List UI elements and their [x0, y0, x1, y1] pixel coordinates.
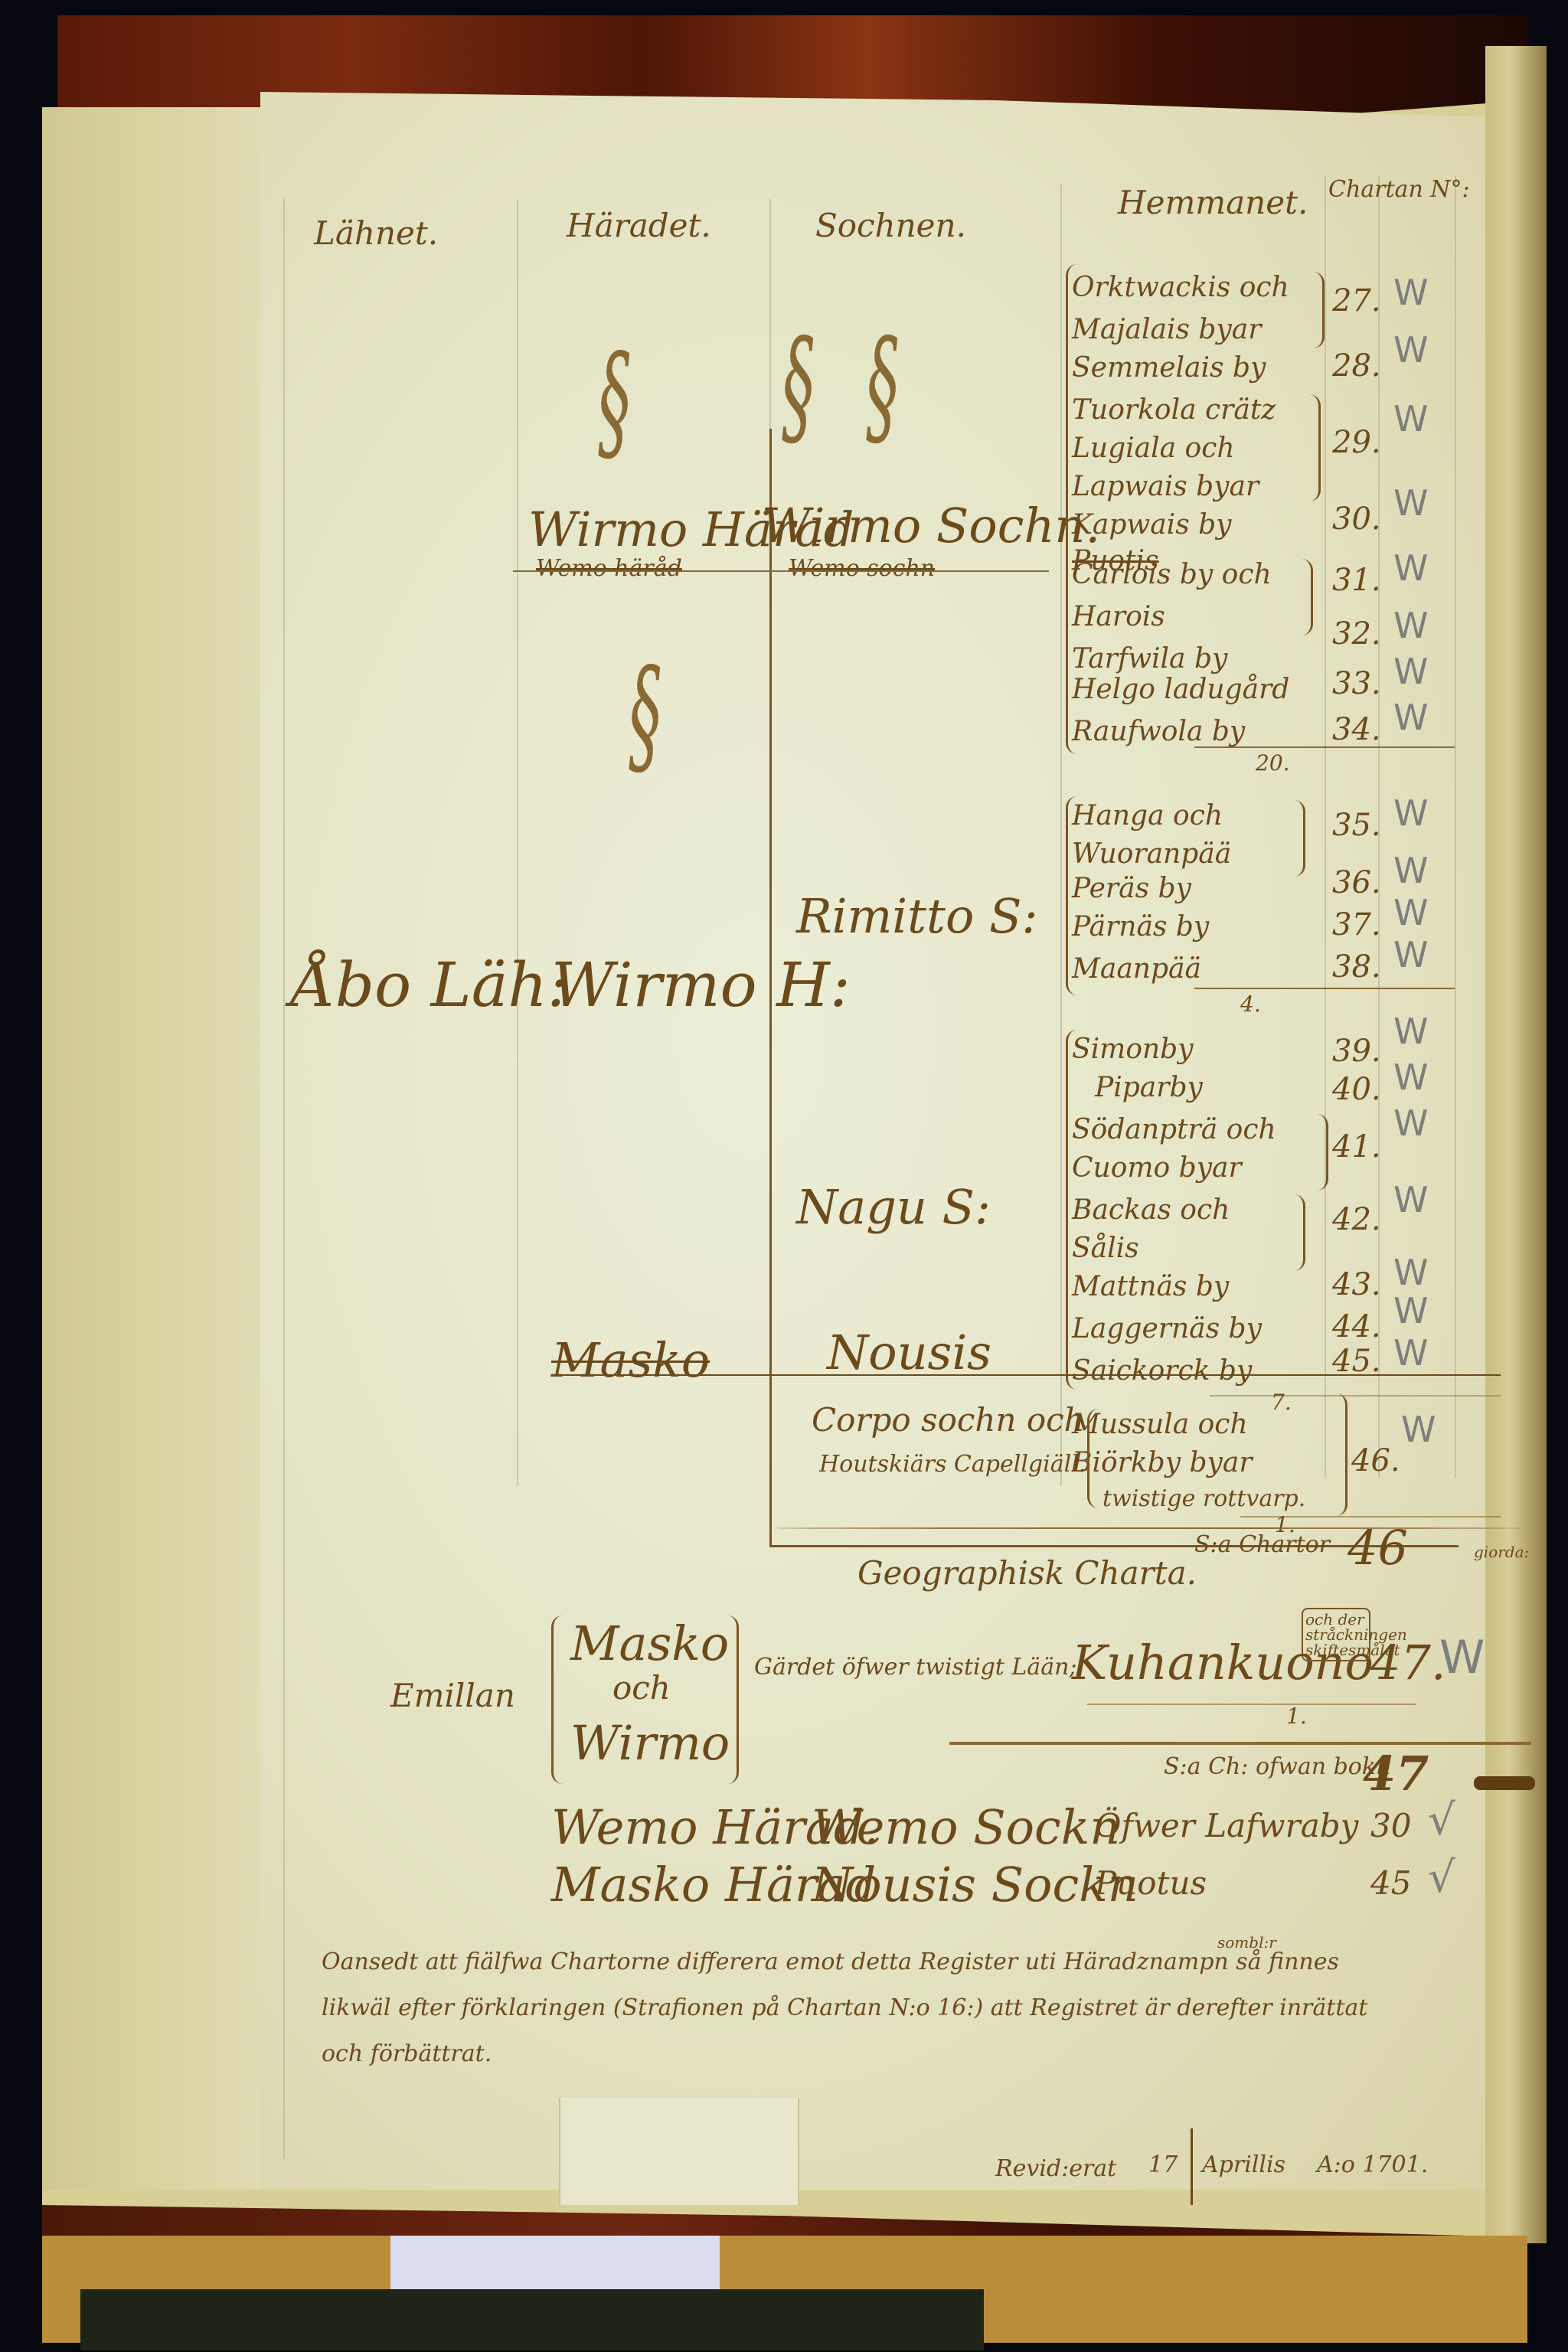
header-lanet: Lähnet.: [314, 214, 438, 252]
check-mark-icon: W: [1393, 1102, 1428, 1144]
entry-line: Tarfwila by: [1072, 643, 1227, 675]
rule-line: [283, 199, 285, 2159]
entry-line: Maanpää: [1072, 953, 1201, 985]
entry-line: Simonby: [1072, 1034, 1194, 1065]
left-margin-paper: [42, 107, 272, 2190]
check-mark-icon: W: [1393, 547, 1428, 589]
check-mark-icon: W: [1393, 272, 1428, 313]
brace: [1066, 264, 1077, 754]
white-label-card: [390, 2236, 720, 2289]
entry-line: Biörkby byar: [1072, 1447, 1253, 1478]
brace: [1066, 796, 1077, 995]
entry-line: Tuorkola crätz: [1072, 394, 1276, 426]
chart-number: 32.: [1332, 616, 1381, 652]
parish-houtskar: Houtskiärs Capellgiäll.: [819, 1451, 1086, 1478]
brace: [1066, 1030, 1077, 1390]
revision-brace: [1191, 2128, 1193, 2205]
entry-line: Saickorck by: [1072, 1355, 1252, 1387]
ink-blot: [1474, 1776, 1535, 1790]
strike-line: [513, 570, 1049, 572]
flourish-icon: §: [598, 337, 631, 467]
chart-number: 30.: [1332, 501, 1381, 537]
subtotal: 4.: [1240, 991, 1261, 1017]
between-box-note: och der stråckningen skiftesmålet: [1302, 1608, 1370, 1661]
brace: [551, 1615, 563, 1784]
flourish-icon: §: [782, 322, 815, 452]
check-mark-icon: W: [1393, 651, 1428, 692]
check-mark-icon: W: [1393, 605, 1428, 646]
chart-number: 34.: [1332, 712, 1381, 747]
extra-socken: Nousis Sockn: [812, 1857, 1138, 1913]
entry-line: twistige rottvarp.: [1102, 1485, 1305, 1512]
brace: [1294, 1194, 1305, 1271]
brace: [1302, 559, 1313, 635]
total2-value: 47: [1363, 1746, 1429, 1802]
entry-line: Semmelais by: [1072, 352, 1266, 384]
check-mark-icon: W: [1393, 1252, 1428, 1293]
chart-number: 41.: [1332, 1129, 1381, 1165]
chart-number: 40.: [1332, 1072, 1381, 1107]
entry-line: Lapwais byar: [1072, 471, 1259, 502]
entry-line: Orktwackis och: [1072, 272, 1289, 303]
geographisk-charta: Geographisk Charta.: [857, 1554, 1197, 1592]
revision-month: Aprillis: [1202, 2151, 1285, 2178]
note-line: likwäl efter förklaringen (Strafionen på…: [322, 1994, 1367, 2021]
lan-name: Åbo Läh:: [291, 949, 568, 1021]
note-line: och förbättrat.: [322, 2040, 492, 2067]
chart-number: 36.: [1332, 865, 1381, 900]
check-mark-icon: W: [1393, 1179, 1428, 1220]
total2-label: S:a Ch: ofwan bokn: [1164, 1753, 1390, 1780]
check-mark-icon: √: [1428, 1853, 1455, 1903]
entry-line: Helgo ladugård: [1072, 674, 1289, 705]
note-line: Oansedt att fiälfwa Chartorne differera …: [322, 1949, 1339, 1975]
entry-line: Mattnäs by: [1072, 1271, 1229, 1302]
entry-line: Raufwola by: [1072, 716, 1245, 747]
header-hemmanet: Hemmanet.: [1118, 184, 1308, 221]
revision-label: Revid:erat: [995, 2155, 1116, 2182]
entry-line: Harois: [1072, 601, 1165, 632]
entry-line: Hanga och: [1072, 800, 1223, 831]
chart-number: 44.: [1332, 1309, 1381, 1344]
socken-top: Wirmo Sochn.: [762, 498, 1100, 554]
page-stack-edge: [1485, 46, 1547, 2243]
extra-number: 30: [1370, 1807, 1411, 1844]
check-mark-icon: W: [1393, 850, 1428, 891]
chart-number: 37.: [1332, 907, 1381, 942]
chart-number: 28.: [1332, 348, 1381, 384]
chart-number: 38.: [1332, 949, 1381, 985]
entry-line: Södanpträ och: [1072, 1114, 1276, 1145]
extra-hemman: Öfwer Lafwraby: [1095, 1807, 1358, 1844]
rule-line: [517, 199, 518, 1485]
chart-number: 39.: [1332, 1034, 1381, 1069]
total-value: 46: [1347, 1520, 1408, 1576]
brace: [1336, 1393, 1347, 1516]
extra-number: 45: [1370, 1864, 1411, 1902]
entry-line: Carlois by och: [1072, 559, 1272, 590]
subtotal-rule: [1194, 746, 1455, 748]
entry-line: Wuoranpää: [1072, 838, 1231, 870]
chart-number: 43.: [1332, 1267, 1381, 1302]
revision-year: A:o 1701.: [1317, 2151, 1428, 2178]
extra-hemman: Puotus: [1095, 1864, 1207, 1902]
check-mark-icon: W: [1393, 892, 1428, 933]
chart-number: 33.: [1332, 666, 1381, 701]
header-haradet: Häradet.: [567, 207, 711, 244]
subtotal: 7.: [1271, 1390, 1292, 1415]
entry-line: Kapwais by: [1072, 509, 1232, 541]
check-mark-icon: W: [1393, 1332, 1428, 1374]
check-mark-icon: √: [1428, 1795, 1455, 1845]
revision-day: 17: [1148, 2151, 1178, 2178]
brace: [1313, 272, 1325, 348]
entry-line: Sålis: [1072, 1233, 1139, 1264]
check-mark-icon: W: [1393, 934, 1428, 975]
entry-line: Piparby: [1095, 1072, 1203, 1103]
entry-line: Peräs by: [1072, 873, 1191, 904]
extra-socken: Wemo Sockn: [812, 1799, 1120, 1855]
entry-line: Majalais byar: [1072, 314, 1261, 345]
dark-label-card: [80, 2289, 984, 2350]
brace: [1087, 1409, 1099, 1508]
subtotal: 1.: [1286, 1704, 1307, 1729]
socken-top-struck: Wemo sochn: [789, 555, 935, 582]
chart-number: 46.: [1351, 1443, 1400, 1478]
parish-nousis: Nousis: [827, 1325, 991, 1380]
flourish-icon: §: [629, 651, 661, 781]
check-mark-icon: W: [1393, 697, 1428, 738]
harad-main: Wirmo H:: [551, 949, 851, 1021]
check-mark-icon: W: [1393, 329, 1428, 371]
entry-line: Lugiala och: [1072, 433, 1235, 464]
between-prefix: Emillan: [390, 1677, 515, 1714]
harad-top-struck: Wemo häråd: [536, 555, 682, 582]
check-mark-icon: W: [1393, 1290, 1428, 1331]
total-label: S:a Chartor: [1194, 1531, 1330, 1558]
subtotal-rule: [1194, 988, 1455, 989]
rule-line: [1325, 176, 1326, 1478]
entry-line: Cuomo byar: [1072, 1152, 1242, 1184]
check-mark-icon: W: [1393, 1057, 1428, 1098]
chart-number: 27.: [1332, 283, 1381, 318]
between-and: och: [612, 1669, 671, 1707]
parish-corpo: Corpo sochn och: [812, 1401, 1085, 1439]
brace: [1294, 800, 1305, 877]
check-mark-icon: W: [1393, 792, 1428, 834]
brace: [727, 1615, 739, 1784]
total-suffix: giorda:: [1474, 1543, 1529, 1561]
wavy-total-rule: [949, 1742, 1531, 1745]
check-mark-icon: W: [1401, 1409, 1436, 1450]
between-party-1: Masko: [570, 1615, 729, 1671]
harad-masko-struck: Masko: [551, 1332, 710, 1388]
rule-line: [1060, 184, 1062, 1485]
between-number: 47.: [1370, 1635, 1446, 1690]
parish-nagu: Nagu S:: [796, 1179, 991, 1235]
chart-number: 42.: [1332, 1202, 1381, 1237]
chart-number: 31.: [1332, 563, 1381, 598]
chart-number: 29.: [1332, 425, 1381, 460]
between-desc: Gärdet öfwer twistigt Lään;: [754, 1654, 1077, 1681]
between-party-2: Wirmo: [570, 1715, 730, 1771]
header-sochnen: Sochnen.: [815, 207, 966, 244]
check-mark-icon: W: [1393, 1011, 1428, 1052]
check-mark-icon: W: [1393, 398, 1428, 439]
entry-line: Pärnäs by: [1072, 911, 1209, 942]
brace: [1309, 394, 1321, 501]
brace: [1317, 1114, 1328, 1191]
chart-number: 35.: [1332, 808, 1381, 843]
subtotal-rule: [1210, 1395, 1501, 1396]
paper-patch: [559, 2098, 799, 2205]
subtotal-rule: [1087, 1704, 1416, 1705]
rule-line: [1455, 176, 1456, 1478]
chart-number: 45.: [1332, 1344, 1381, 1379]
entry-line: Backas och: [1072, 1194, 1230, 1226]
entry-line: Laggernäs by: [1072, 1313, 1262, 1344]
parish-rimitto: Rimitto S:: [796, 888, 1037, 944]
header-chartan: Chartan N°:: [1328, 176, 1470, 203]
wavy-total-rule: [773, 1527, 1524, 1529]
check-mark-icon: W: [1439, 1631, 1485, 1684]
check-mark-icon: W: [1393, 482, 1428, 524]
flourish-icon: §: [866, 322, 899, 452]
subtotal: 20.: [1256, 750, 1290, 776]
